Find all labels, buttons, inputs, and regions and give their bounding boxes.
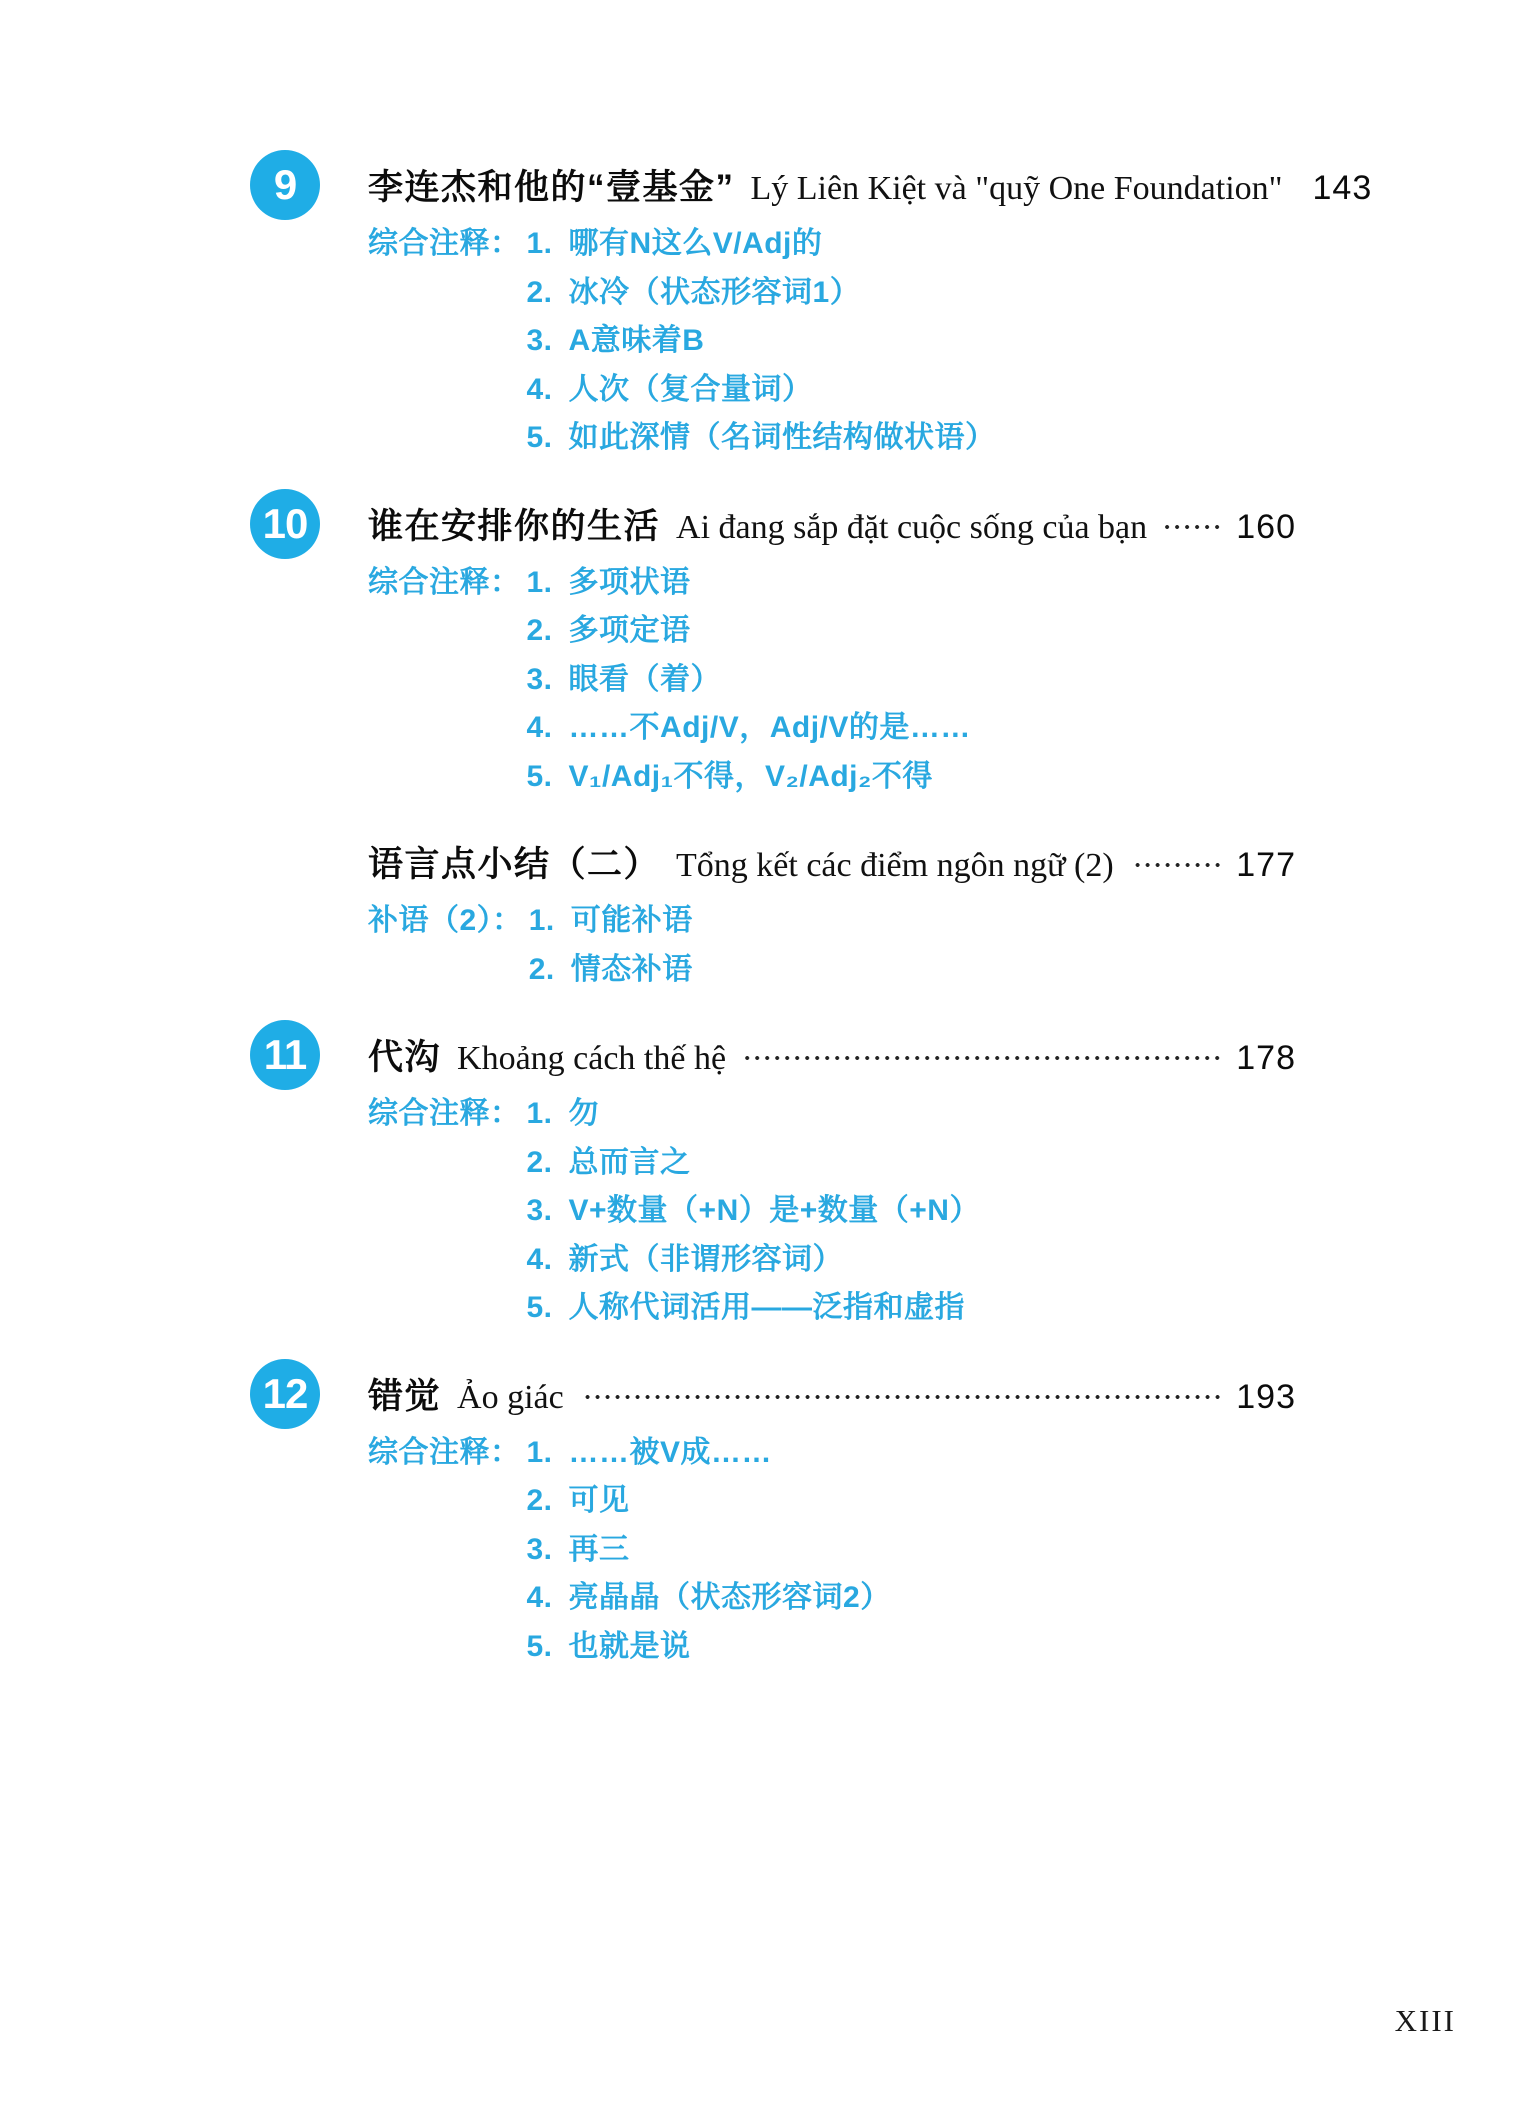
note-text: 情态补语 — [571, 946, 1296, 995]
note-text: 冰冷（状态形容词1） — [569, 269, 1296, 318]
page-number: 143 — [1313, 169, 1369, 208]
note-text: 眼看（着） — [569, 656, 1296, 705]
notes-label-spacer — [368, 1526, 527, 1575]
chapter-number-badge: 12 — [250, 1359, 320, 1429]
page-number: 178 — [1236, 1039, 1296, 1078]
note-text: 新式（非谓形容词） — [569, 1236, 1296, 1285]
notes-label-spacer — [368, 656, 527, 705]
toc-entry: 10 谁在安排你的生活 Ai đang sắp đặt cuộc sống củ… — [368, 499, 1296, 549]
chapter-title-zh: 错觉 — [368, 1369, 441, 1419]
note-text: A意味着B — [569, 317, 1296, 366]
note-number: 2. — [529, 946, 571, 995]
toc-content: 9 李连杰和他的“壹基金” Lý Liên Kiệt và "quỹ One F… — [250, 160, 1296, 1707]
toc-section-12: 12 错觉 Ảo giác 193 综合注释： 1. ……被V成…… 2. 可见… — [250, 1369, 1296, 1672]
summary-title-vi: Tổng kết các điểm ngôn ngữ (2) — [676, 847, 1114, 885]
toc-section-9: 9 李连杰和他的“壹基金” Lý Liên Kiệt và "quỹ One F… — [250, 160, 1296, 463]
page-number: 160 — [1236, 508, 1296, 547]
note-text: 勿 — [569, 1090, 1296, 1139]
notes-label: 综合注释： — [368, 1429, 527, 1478]
note-text: ……不Adj/V，Adj/V的是…… — [569, 704, 1296, 753]
note-number: 1. — [527, 1429, 569, 1478]
note-text: 总而言之 — [569, 1139, 1296, 1188]
notes-label-spacer — [368, 607, 527, 656]
book-toc-page: 9 李连杰和他的“壹基金” Lý Liên Kiệt và "quỹ One F… — [0, 0, 1528, 2119]
chapter-title-vi: Lý Liên Kiệt và "quỹ One Foundation" — [751, 170, 1283, 208]
folio-page-number: XIII — [1395, 2003, 1456, 2039]
notes-label: 综合注释： — [368, 220, 527, 269]
note-text: 再三 — [569, 1526, 1296, 1575]
note-number: 3. — [527, 656, 569, 705]
note-number: 2. — [527, 269, 569, 318]
note-text: 可见 — [569, 1477, 1296, 1526]
note-text: 人称代词活用——泛指和虚指 — [569, 1284, 1296, 1333]
notes-label-spacer — [368, 704, 527, 753]
note-text: 如此深情（名词性结构做状语） — [569, 414, 1296, 463]
toc-entry: 12 错觉 Ảo giác 193 — [368, 1369, 1296, 1419]
note-number: 4. — [527, 704, 569, 753]
summary-title-zh: 语言点小结（二） — [368, 837, 660, 887]
note-number: 4. — [527, 1236, 569, 1285]
notes-label-spacer — [368, 414, 527, 463]
chapter-number-badge: 11 — [250, 1020, 320, 1090]
note-text: 人次（复合量词） — [569, 366, 1296, 415]
note-number: 5. — [527, 414, 569, 463]
note-number: 2. — [527, 1139, 569, 1188]
note-number: 1. — [529, 897, 571, 946]
notes-list: 综合注释： 1. 哪有N这么V/Adj的 2. 冰冷（状态形容词1） 3. A意… — [368, 220, 1296, 463]
note-number: 3. — [527, 317, 569, 366]
chapter-title-vi: Ảo giác — [457, 1379, 564, 1417]
chapter-title-zh: 李连杰和他的“壹基金” — [368, 160, 735, 210]
note-number: 3. — [527, 1187, 569, 1236]
note-number: 4. — [527, 366, 569, 415]
notes-label-spacer — [368, 317, 527, 366]
note-number: 5. — [527, 1623, 569, 1672]
notes-label-spacer — [368, 1623, 527, 1672]
notes-list: 补语（2）： 1. 可能补语 2. 情态补语 — [368, 897, 1296, 994]
note-text: V₁/Adj₁不得，V₂/Adj₂不得 — [569, 753, 1296, 802]
chapter-number-badge: 10 — [250, 489, 320, 559]
notes-label-spacer — [368, 366, 527, 415]
notes-label-spacer — [368, 1284, 527, 1333]
page-number: 193 — [1236, 1378, 1296, 1417]
note-number: 1. — [527, 220, 569, 269]
notes-label: 补语（2）： — [368, 897, 529, 946]
notes-label-spacer — [368, 946, 529, 995]
notes-label: 综合注释： — [368, 559, 527, 608]
note-number: 2. — [527, 607, 569, 656]
notes-list: 综合注释： 1. 勿 2. 总而言之 3. V+数量（+N）是+数量（+N） 4… — [368, 1090, 1296, 1333]
note-text: 哪有N这么V/Adj的 — [569, 220, 1296, 269]
dotted-leader — [742, 1052, 1222, 1064]
dotted-leader — [1130, 859, 1223, 871]
chapter-title-vi: Ai đang sắp đặt cuộc sống của bạn — [676, 509, 1147, 547]
note-text: 多项状语 — [569, 559, 1296, 608]
notes-label-spacer — [368, 1236, 527, 1285]
notes-label-spacer — [368, 1187, 527, 1236]
notes-label-spacer — [368, 753, 527, 802]
toc-entry: 11 代沟 Khoảng cách thế hệ 178 — [368, 1030, 1296, 1080]
notes-label-spacer — [368, 1574, 527, 1623]
toc-section-10: 10 谁在安排你的生活 Ai đang sắp đặt cuộc sống củ… — [250, 499, 1296, 802]
note-number: 2. — [527, 1477, 569, 1526]
note-number: 1. — [527, 559, 569, 608]
note-text: 可能补语 — [571, 897, 1296, 946]
note-text: ……被V成…… — [569, 1429, 1296, 1478]
chapter-title-zh: 代沟 — [368, 1030, 441, 1080]
note-number: 5. — [527, 753, 569, 802]
note-number: 5. — [527, 1284, 569, 1333]
toc-entry: 9 李连杰和他的“壹基金” Lý Liên Kiệt và "quỹ One F… — [368, 160, 1296, 210]
page-number: 177 — [1236, 846, 1296, 885]
toc-entry: 语言点小结（二） Tổng kết các điểm ngôn ngữ (2) … — [368, 837, 1296, 887]
toc-section-summary-2: 语言点小结（二） Tổng kết các điểm ngôn ngữ (2) … — [250, 837, 1296, 994]
dotted-leader — [1163, 521, 1222, 533]
notes-list: 综合注释： 1. 多项状语 2. 多项定语 3. 眼看（着） 4. ……不Adj… — [368, 559, 1296, 802]
note-text: 也就是说 — [569, 1623, 1296, 1672]
note-number: 4. — [527, 1574, 569, 1623]
toc-section-11: 11 代沟 Khoảng cách thế hệ 178 综合注释： 1. 勿 … — [250, 1030, 1296, 1333]
chapter-title-zh: 谁在安排你的生活 — [368, 499, 660, 549]
note-number: 3. — [527, 1526, 569, 1575]
notes-list: 综合注释： 1. ……被V成…… 2. 可见 3. 再三 4. 亮晶晶（状态形容… — [368, 1429, 1296, 1672]
chapter-number-badge: 9 — [250, 150, 320, 220]
note-text: 多项定语 — [569, 607, 1296, 656]
notes-label: 综合注释： — [368, 1090, 527, 1139]
notes-label-spacer — [368, 269, 527, 318]
chapter-title-vi: Khoảng cách thế hệ — [457, 1040, 726, 1078]
note-text: 亮晶晶（状态形容词2） — [569, 1574, 1296, 1623]
note-text: V+数量（+N）是+数量（+N） — [569, 1187, 1296, 1236]
notes-label-spacer — [368, 1477, 527, 1526]
notes-label-spacer — [368, 1139, 527, 1188]
note-number: 1. — [527, 1090, 569, 1139]
dotted-leader — [580, 1391, 1223, 1403]
